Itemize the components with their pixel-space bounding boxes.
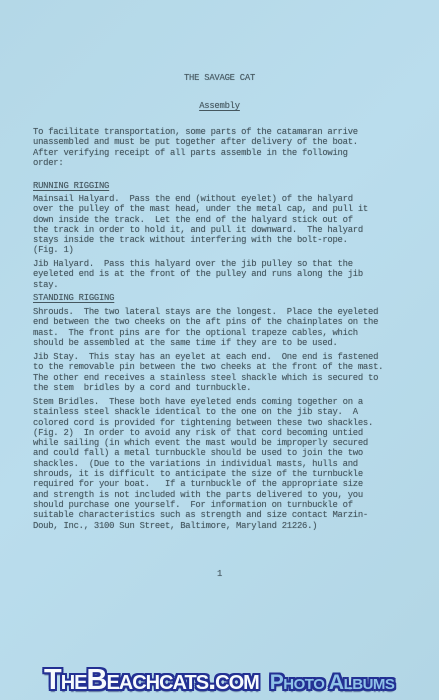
paragraph-jib-halyard: Jib Halyard. Pass this halyard over the … xyxy=(33,259,415,290)
document-title: THE SAVAGE CAT xyxy=(0,73,439,83)
document-subtitle: Assembly xyxy=(0,101,439,111)
watermark-site-name: TheBeachcats.com xyxy=(44,664,259,697)
intro-paragraph: To facilitate transportation, some parts… xyxy=(33,127,415,168)
paragraph-shrouds: Shrouds. The two lateral stays are the l… xyxy=(33,307,415,348)
section-heading-standing-rigging: STANDING RIGGING xyxy=(33,293,415,303)
paragraph-stem-bridles: Stem Bridles. These both have eyeleted e… xyxy=(33,397,415,531)
section-heading-running-rigging: RUNNING RIGGING xyxy=(33,181,415,191)
paragraph-mainsail-halyard: Mainsail Halyard. Pass the end (without … xyxy=(33,194,415,256)
site-watermark: TheBeachcats.com Photo Albums xyxy=(44,664,394,697)
watermark-photo-albums-label: Photo Albums xyxy=(270,671,395,695)
scanned-document-page: THE SAVAGE CAT Assembly To facilitate tr… xyxy=(0,0,439,700)
paragraph-jib-stay: Jib Stay. This stay has an eyelet at eac… xyxy=(33,352,415,393)
page-number: 1 xyxy=(0,569,439,579)
